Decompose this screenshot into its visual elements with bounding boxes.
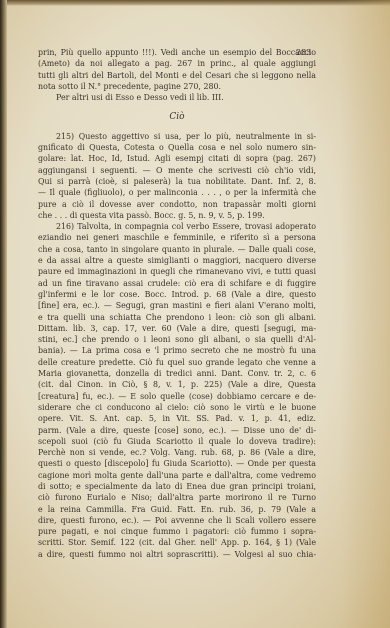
- text-line: ciò furono Eurialo e Niso; dall'altra pa…: [38, 492, 316, 503]
- text-line: [fine] era, ec.). — Segugi, gran mastini…: [38, 300, 316, 311]
- text-line: e tra quelli una schiatta Che prendono i…: [38, 312, 316, 323]
- text-line: Dittam. lib. 3, cap. 17, ver. 60 (Vale a…: [38, 323, 316, 334]
- text-line: pure a ciò il dovesse aver condotto, non…: [38, 199, 316, 210]
- text-line: [creatura] fu, ec.). — E solo quelle (co…: [38, 391, 316, 402]
- text-line: parm. (Vale a dire, queste [cose] sono, …: [38, 425, 316, 436]
- text-line: a dire, questi fummo noi altri soprascri…: [38, 549, 316, 560]
- text-line: scritti. Stor. Semif. 122 (cit. dal Gher…: [38, 537, 316, 548]
- text-line: che a cosa, tanto in singolare quanto in…: [38, 244, 316, 255]
- text-line: — Il quale (figliuolo), o per malinconia…: [38, 187, 316, 198]
- text-line: aggiungansi i seguenti. — O mente che sc…: [38, 165, 316, 176]
- text-line: tutti gli altri del Bartoli, del Monti e…: [38, 70, 316, 81]
- text-line: bania). — La prima cosa e 'l primo secre…: [38, 345, 316, 356]
- book-binding-shadow: [0, 0, 7, 628]
- text-line: gl'infermi e le lor cose. Bocc. Introd. …: [38, 289, 316, 300]
- text-line: dire, questi furono, ec.). — Poi avvenne…: [38, 515, 316, 526]
- text-line: e da assai altre a queste simiglianti o …: [38, 255, 316, 266]
- page-top-edge-shadow: [0, 0, 390, 6]
- see-also-line: Per altri usi di Esso e Desso vedi il li…: [38, 92, 316, 103]
- text-line: Maria giovanetta, donzella di tredici an…: [38, 368, 316, 379]
- text-line: (cit. dal Cinon. in Ciò, § 8, v. 1, p. 2…: [38, 379, 316, 390]
- text-line: delle creature predette. Ciò fu quel suo…: [38, 357, 316, 368]
- text-line: 216) Talvolta, in compagnia col verbo Es…: [38, 221, 316, 232]
- top-paragraph: prin, Più quello appunto !!!). Vedi anch…: [38, 47, 316, 92]
- page-right-edge-shade: [340, 0, 390, 628]
- text-line: di sotto; e specialmente da lato di Enea…: [38, 481, 316, 492]
- text-line: stini, ec.] che prendo o i leoni sono gl…: [38, 334, 316, 345]
- text-line: golare: lat. Hoc, Id, Istud. Agli esempj…: [38, 153, 316, 164]
- text-line: paure ed immaginazioni in quegli che rim…: [38, 266, 316, 277]
- text-line: 215) Questo aggettivo si usa, per lo più…: [38, 131, 316, 142]
- text-line: ad un fine tiravano assai crudele: ciò e…: [38, 278, 316, 289]
- text-line: eziandio nei generi maschile e femminile…: [38, 232, 316, 243]
- text-line: cagione morì molta gente dall'una parte …: [38, 470, 316, 481]
- text-line: siderare che ci conducono al cielo: ciò …: [38, 402, 316, 413]
- text-line: questi o questo [discepolo] fu Giuda Sca…: [38, 458, 316, 469]
- text-line: che . . . di questa vita passò. Bocc. g.…: [38, 210, 316, 221]
- paragraph-215: 215) Questo aggettivo si usa, per lo più…: [38, 131, 316, 221]
- page-text: prin, Più quello appunto !!!). Vedi anch…: [38, 47, 316, 560]
- paragraph-216: 216) Talvolta, in compagnia col verbo Es…: [38, 221, 316, 560]
- text-line: Perchè non si vende, ec.? Volg. Vang. ru…: [38, 447, 316, 458]
- text-line: prin, Più quello appunto !!!). Vedi anch…: [38, 47, 316, 58]
- scanned-book-page: 283 prin, Più quello appunto !!!). Vedi …: [0, 0, 390, 628]
- text-line: scepoli suoi (ciò fu Giuda Scariotto il …: [38, 436, 316, 447]
- section-heading: Ciò: [38, 112, 316, 123]
- text-line: gnificato di Questa, Cotesta o Quella co…: [38, 142, 316, 153]
- text-line: e la reina Cammilla. Fra Guid. Fatt. En.…: [38, 504, 316, 515]
- text-line: nota sotto il N.° precedente, pagine 270…: [38, 81, 316, 92]
- text-line: opere. Vit. S. Ant. cap. 5, in Vit. SS. …: [38, 413, 316, 424]
- text-line: pure pagati, e noi cinque fummo i pagato…: [38, 526, 316, 537]
- text-line: (Ameto) da noi allegato a pag. 267 in pr…: [38, 58, 316, 69]
- text-line: Qui si parrà (cioè, si paleserà) la tua …: [38, 176, 316, 187]
